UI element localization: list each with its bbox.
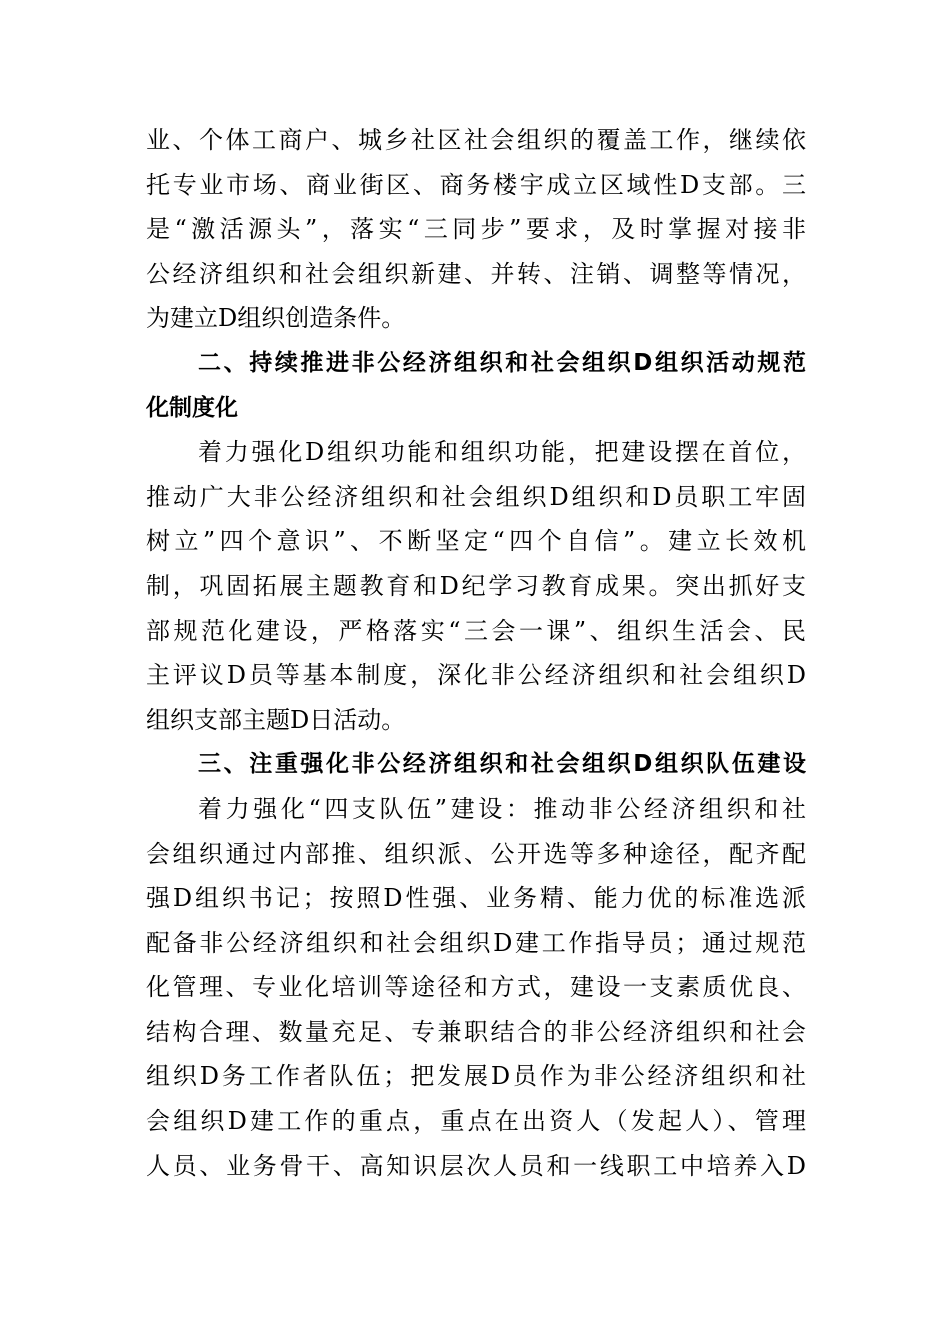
text-line: 组织D务工作者队伍；把发展D员作为非公经济组织和社 bbox=[146, 1054, 806, 1099]
text-line: 公经济组织和社会组织新建、并转、注销、调整等情况， bbox=[146, 252, 806, 297]
text-line: 树立”四个意识”、不断坚定“四个自信”。建立长效机 bbox=[146, 519, 806, 564]
text-line: 是“激活源头”，落实“三同步”要求，及时掌握对接非 bbox=[146, 207, 806, 252]
section-heading-3: 三、注重强化非公经济组织和社会组织D组织队伍建设 bbox=[146, 742, 806, 787]
document-page: 业、个体工商户、城乡社区社会组织的覆盖工作，继续依 托专业市场、商业街区、商务楼… bbox=[146, 118, 806, 1188]
text-line: 会组织通过内部推、组织派、公开选等多种途径，配齐配 bbox=[146, 832, 806, 877]
text-line: 托专业市场、商业街区、商务楼宇成立区域性D支部。三 bbox=[146, 163, 806, 208]
text-line: 业、个体工商户、城乡社区社会组织的覆盖工作，继续依 bbox=[146, 118, 806, 163]
paragraph-continuation: 业、个体工商户、城乡社区社会组织的覆盖工作，继续依 托专业市场、商业街区、商务楼… bbox=[146, 118, 806, 341]
paragraph-section-2: 着力强化D组织功能和组织功能，把建设摆在首位， 推动广大非公经济组织和社会组织D… bbox=[146, 430, 806, 742]
text-line: 着力强化“四支队伍”建设：推动非公经济组织和社 bbox=[146, 787, 806, 832]
paragraph-section-3: 着力强化“四支队伍”建设：推动非公经济组织和社 会组织通过内部推、组织派、公开选… bbox=[146, 787, 806, 1188]
heading-line: 三、注重强化非公经济组织和社会组织D组织队伍建设 bbox=[146, 742, 806, 787]
text-line: 着力强化D组织功能和组织功能，把建设摆在首位， bbox=[146, 430, 806, 475]
text-line: 强D组织书记；按照D性强、业务精、能力优的标准选派 bbox=[146, 876, 806, 921]
text-line: 组织支部主题D日活动。 bbox=[146, 698, 806, 743]
text-line: 制，巩固拓展主题教育和D纪学习教育成果。突出抓好支 bbox=[146, 564, 806, 609]
text-line: 配备非公经济组织和社会组织D建工作指导员；通过规范 bbox=[146, 921, 806, 966]
heading-line: 二、持续推进非公经济组织和社会组织D组织活动规范 bbox=[146, 341, 806, 386]
heading-line: 化制度化 bbox=[146, 386, 806, 431]
text-line: 化管理、专业化培训等途径和方式，建设一支素质优良、 bbox=[146, 965, 806, 1010]
text-line: 人员、业务骨干、高知识层次人员和一线职工中培养入D bbox=[146, 1144, 806, 1189]
text-line: 结构合理、数量充足、专兼职结合的非公经济组织和社会 bbox=[146, 1010, 806, 1055]
text-line: 主评议D员等基本制度，深化非公经济组织和社会组织D bbox=[146, 653, 806, 698]
text-line: 为建立D组织创造条件。 bbox=[146, 296, 806, 341]
section-heading-2: 二、持续推进非公经济组织和社会组织D组织活动规范 化制度化 bbox=[146, 341, 806, 430]
text-line: 推动广大非公经济组织和社会组织D组织和D员职工牢固 bbox=[146, 475, 806, 520]
text-line: 部规范化建设，严格落实“三会一课”、组织生活会、民 bbox=[146, 609, 806, 654]
text-line: 会组织D建工作的重点，重点在出资人（发起人）、管理 bbox=[146, 1099, 806, 1144]
